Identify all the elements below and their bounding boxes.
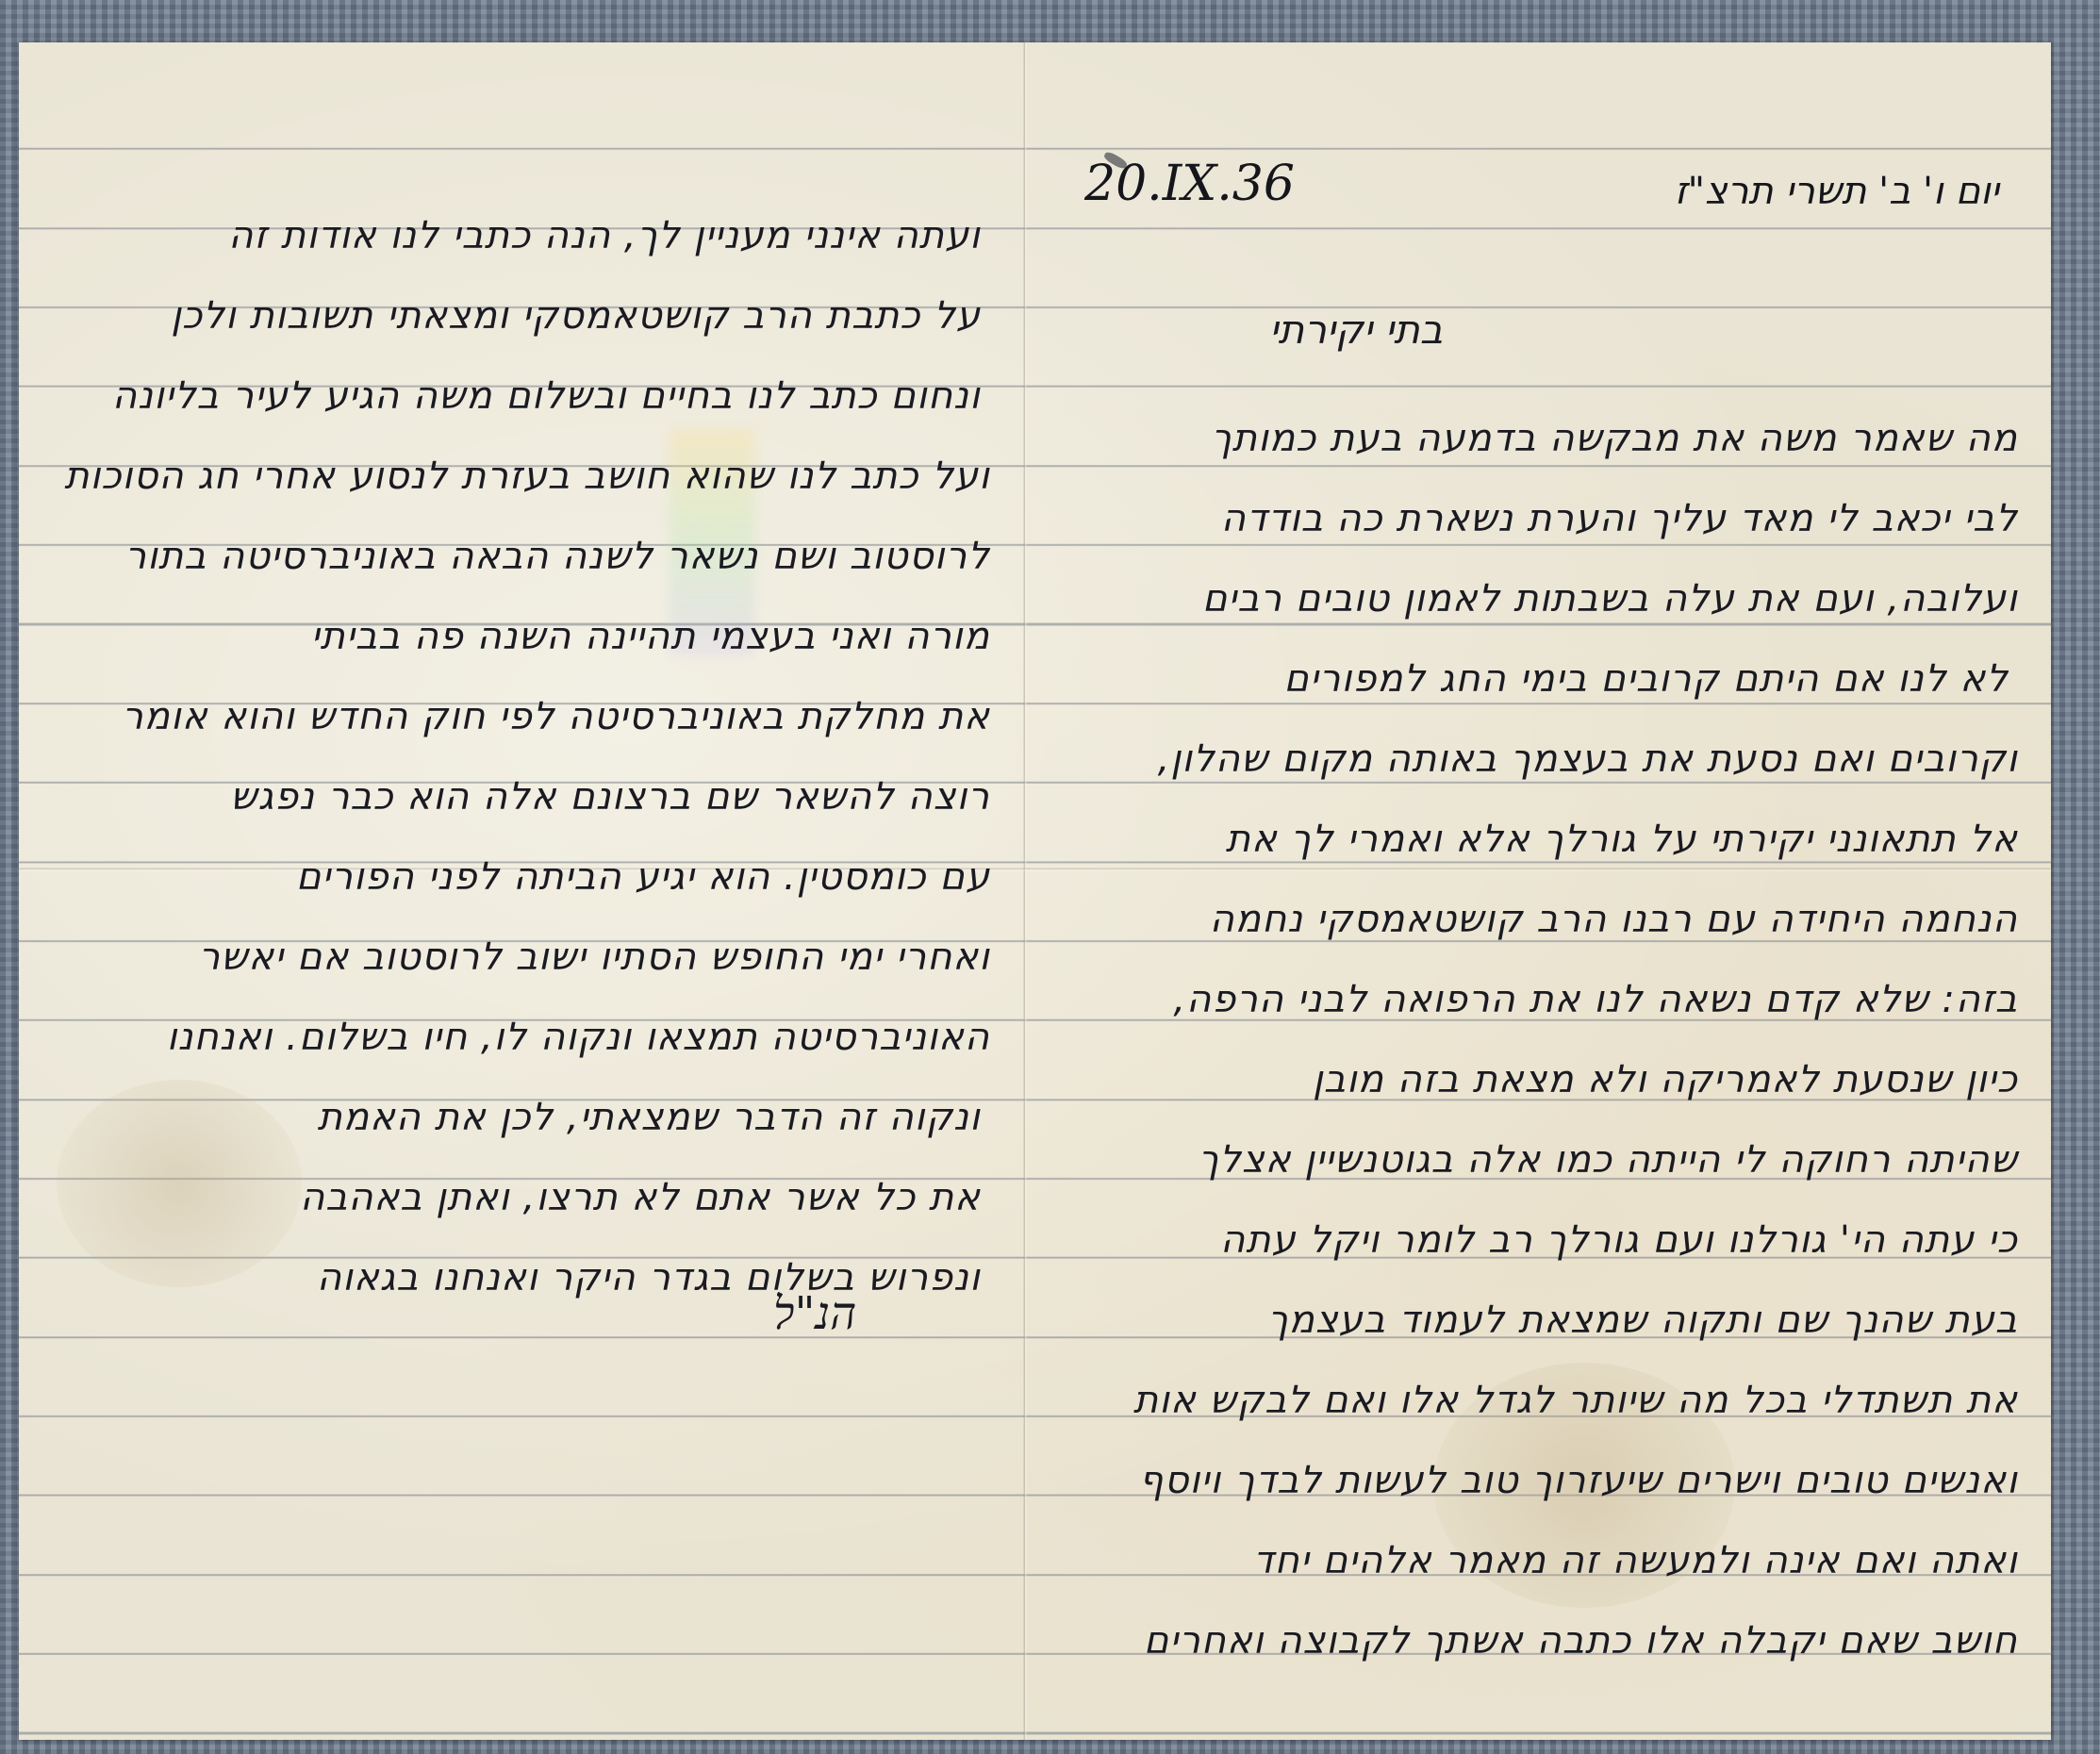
letter-line: לא לנו אם היתם קרובים בימי החג למפורים: [1283, 660, 2009, 698]
letter-line: לבי יכאב לי מאד עליך והערת נשארת כה בודד…: [1221, 500, 2018, 538]
letter-line: כי עתה הי' גורלנו ועם גורלך רב לומר ויקל…: [1220, 1221, 2018, 1259]
letter-line: רוצה להשאר שם ברצונם אלה הוא כבר נפגש: [230, 778, 990, 816]
greeting: בתי יקירתי: [1269, 306, 1443, 353]
gregorian-date: 20.IX.36: [1084, 156, 1295, 212]
letter-line: אל תתאונני יקירתי על גורלך אלא ואמרי לך …: [1226, 820, 2018, 858]
vertical-fold: [1023, 42, 1027, 1740]
letter-line: כיון שנסעת לאמריקה ולא מצאת בזה מובן: [1313, 1061, 2018, 1099]
letter-line: חושב שאם יקבלה אלו כתבה אשתך לקבוצה ואחר…: [1144, 1622, 2018, 1660]
letter-line: הנחמה היחידה עם רבנו הרב קושטאמסקי נחמה: [1210, 901, 2018, 938]
letter-line: ואנשים טובים וישרים שיעזרוך טוב לעשות לב…: [1139, 1462, 2018, 1499]
letter-line: מורה ואני בעצמי תהיינה השנה פה בביתי: [311, 618, 990, 655]
left-page: ועתה אינני מעניין לך, הנה כתבי לנו אודות…: [47, 42, 1000, 1740]
letter-line: ונקוה זה הדבר שמצאתי, לכן את האמת: [318, 1099, 981, 1136]
letter-line: ואחרי ימי החופש הסתיו ישוב לרוסטוב אם יא…: [199, 938, 990, 976]
signature: הנ"ל: [773, 1287, 856, 1340]
letter-line: ואתה ואם אינה ולמעשה זה מאמר אלהים יחד: [1253, 1542, 2018, 1580]
letter-line: ונחום כתב לנו בחיים ובשלום משה הגיע לעיר…: [112, 377, 981, 415]
letter-line: וקרובים ואם נסעת את בעצמך באותה מקום שהל…: [1158, 740, 2018, 778]
letter-line: ונפרוש בשלום בגדר היקר ואנחנו בגאוה: [317, 1259, 981, 1297]
letter-line: בעת שהנך שם ותקוה שמצאת לעמוד בעצמך: [1267, 1301, 2018, 1339]
letter-line: לרוסטוב ושם נשאר לשנה הבאה באוניברסיטה ב…: [124, 538, 990, 575]
right-page: 20.IX.36 יום ו' ב' תשרי תרצ"ז בתי יקירתי…: [1047, 42, 2027, 1740]
letter-line: על כתבת הרב קושטאמסקי ומצאתי תשובות ולכן: [171, 297, 981, 335]
letter-line: את כל אשר אתם לא תרצו, ואתן באהבה: [300, 1179, 981, 1216]
letter-line: מה שאמר משה את מבקשה בדמעה בעת כמותך: [1211, 420, 2018, 457]
letter-line: ועתה אינני מעניין לך, הנה כתבי לנו אודות…: [228, 217, 981, 255]
letter-line: שהיתה רחוקה לי הייתה כמו אלה בגוטנשיין א…: [1199, 1141, 2018, 1179]
letter-line: את תשתדלי בכל מה שיותר לגדל אלו ואם לבקש…: [1133, 1382, 2018, 1419]
letter-line: את מחלקת באוניברסיטה לפי חוק החדש והוא א…: [122, 698, 990, 736]
hebrew-date: יום ו' ב' תשרי תרצ"ז: [1675, 170, 1999, 213]
letter-line: האוניברסיטה תמצאו ונקוה לו, חיו בשלום. ו…: [167, 1018, 990, 1056]
letter-line: עם כומסטין. הוא יגיע הביתה לפני הפורים: [296, 858, 990, 896]
letter-paper: 20.IX.36 יום ו' ב' תשרי תרצ"ז בתי יקירתי…: [19, 42, 2051, 1740]
letter-line: ועלובה, ועם את עלה בשבתות לאמון טובים רב…: [1202, 580, 2018, 618]
letter-line: ועל כתב לנו שהוא חושב בעזרת לנסוע אחרי ח…: [64, 457, 990, 495]
letter-line: בזה: שלא קדם נשאה לנו את הרפואה לבני הרפ…: [1173, 981, 2018, 1018]
